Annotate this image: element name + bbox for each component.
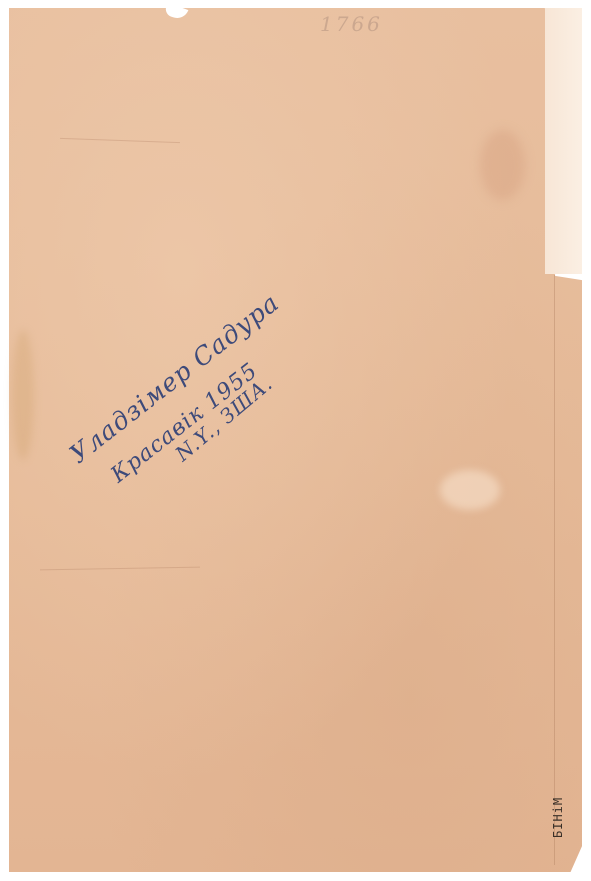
- handwritten-inscription: Уладзімер Садура Красавік 1955 N.Y., ЗША…: [78, 300, 318, 510]
- faint-pencil-number: 1766: [320, 12, 383, 36]
- fold-line: [554, 275, 555, 865]
- library-stamp: БІНіМ: [551, 797, 565, 838]
- paper-edge-strip: [545, 8, 582, 274]
